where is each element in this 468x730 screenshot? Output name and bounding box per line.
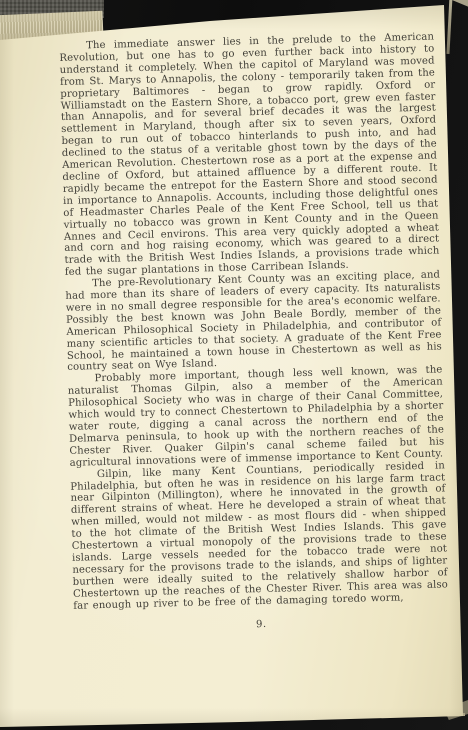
paragraph-1: The immediate answer lies in the prelude… xyxy=(59,32,440,280)
paragraph-4: Gilpin, like many Kent Countians, period… xyxy=(70,460,448,612)
paragraph-2: The pre-Revolutionary Kent County was an… xyxy=(65,270,442,375)
scanned-book-photo: The immediate answer lies in the prelude… xyxy=(0,0,468,730)
book-page: The immediate answer lies in the prelude… xyxy=(0,0,468,730)
page-number: 9. xyxy=(74,614,449,635)
page-text-column: The immediate answer lies in the prelude… xyxy=(59,32,449,636)
paragraph-3: Probably more important, though less wel… xyxy=(67,365,444,470)
page-stack-edge-top-right xyxy=(446,0,452,54)
page-stack-corner-top-right xyxy=(452,0,468,12)
